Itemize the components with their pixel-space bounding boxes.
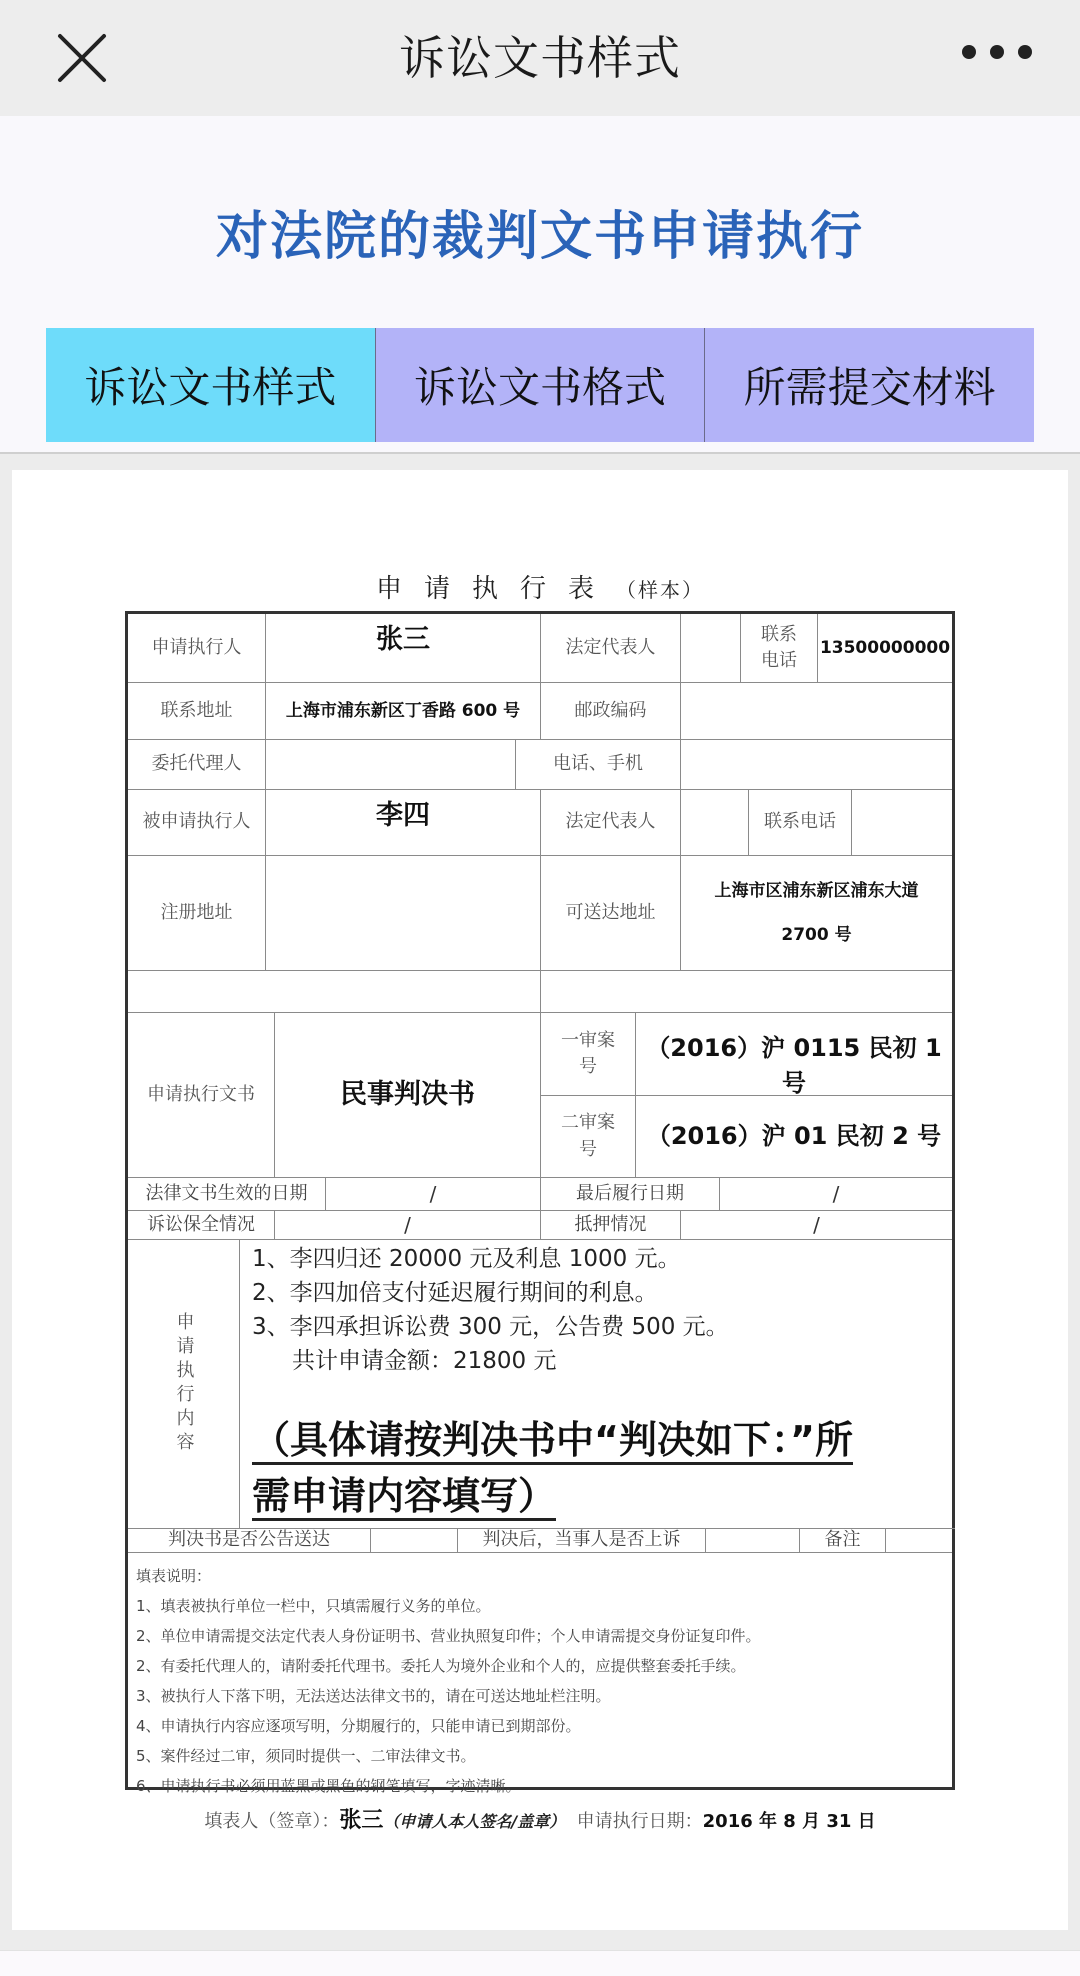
instruction-item: 3、被执行人下落下明，无法送达法律文书的，请在可送达地址栏注明。 — [136, 1681, 944, 1711]
contact-phone-label: 联系 电话 — [741, 614, 818, 683]
exec-document-label: 申请执行文书 — [128, 1013, 275, 1178]
bottom-bar — [0, 1950, 1080, 1976]
respondent-value: 李四 — [266, 790, 541, 856]
appeal-value — [706, 1529, 800, 1553]
contact-address-label: 联系地址 — [128, 683, 266, 740]
nav-title: 诉讼文书样式 — [0, 22, 1080, 88]
legal-rep-value — [681, 614, 741, 683]
tab-litigation-format[interactable]: 诉讼文书格式 — [375, 328, 705, 442]
more-dots-icon — [990, 45, 1004, 59]
respondent-label: 被申请执行人 — [128, 790, 266, 856]
service-address-line1: 上海市区浦东新区浦东大道 — [715, 869, 919, 913]
instruction-item: 5、案件经过二审，须同时提供一、二审法律文书。 — [136, 1741, 944, 1771]
form-title: 申请执行表（样本） — [0, 568, 1080, 605]
last-performance-date-value: / — [720, 1178, 952, 1211]
exec-content-body: 1、李四归还 20000 元及利息 1000 元。 2、李四加倍支付延迟履行期间… — [240, 1240, 955, 1529]
tab-litigation-sample[interactable]: 诉讼文书样式 — [46, 328, 375, 442]
more-button[interactable] — [962, 40, 1032, 64]
contact-phone-label-line2: 电话 — [761, 648, 797, 674]
content-instruction-line2: 需申请内容填写） — [252, 1474, 556, 1521]
effective-date-label: 法律文书生效的日期 — [128, 1178, 326, 1211]
second-instance-case-label: 二审案 号 — [541, 1096, 636, 1178]
agent-phone-value — [681, 740, 952, 790]
agent-label: 委托代理人 — [128, 740, 266, 790]
content-line: 2、李四加倍支付延迟履行期间的利息。 — [252, 1276, 955, 1310]
applicant-label: 申请执行人 — [128, 614, 266, 683]
contact-phone-value: 13500000000 — [818, 614, 952, 683]
content-line: 1、李四归还 20000 元及利息 1000 元。 — [252, 1242, 955, 1276]
public-notice-value — [371, 1529, 458, 1553]
appeal-label: 判决后，当事人是否上诉 — [458, 1529, 706, 1553]
second-case-label-line2: 号 — [579, 1137, 597, 1163]
signature-label: 填表人（签章）： — [204, 1811, 339, 1832]
contact-address-value: 上海市浦东新区丁香路 600 号 — [266, 683, 541, 740]
form-instructions: 填表说明： 1、填表被执行单位一栏中，只填需履行义务的单位。 2、单位申请需提交… — [128, 1555, 952, 1807]
postal-code-label: 邮政编码 — [541, 683, 681, 740]
respondent-phone-value — [852, 790, 952, 856]
second-instance-case-value: （2016）沪 01 民初 2 号 — [636, 1096, 952, 1178]
instruction-item: 2、有委托代理人的，请附委托代理书。委托人为境外企业和个人的，应提供整套委托手续… — [136, 1651, 944, 1681]
form-title-suffix: （样本） — [616, 578, 704, 602]
exec-content-label: 申请执行内容 — [128, 1240, 240, 1529]
first-case-label-line1: 一审案 — [561, 1028, 615, 1054]
signature-name: 张三 — [339, 1808, 383, 1833]
effective-date-value: / — [326, 1178, 541, 1211]
divider — [0, 452, 1080, 454]
remarks-value — [886, 1529, 952, 1553]
more-dots-icon — [1018, 45, 1032, 59]
registered-address-label: 注册地址 — [128, 856, 266, 971]
instruction-item: 1、填表被执行单位一栏中，只填需履行义务的单位。 — [136, 1591, 944, 1621]
execution-application-form: 申请执行人 张三 法定代表人 联系 电话 13500000000 联系地址 上海… — [125, 611, 955, 1790]
content-line: 3、李四承担诉讼费 300 元，公告费 500 元。 — [252, 1310, 955, 1344]
more-dots-icon — [962, 45, 976, 59]
preservation-value: / — [275, 1211, 541, 1240]
postal-code-value — [681, 683, 952, 740]
blank-cell — [541, 971, 952, 1013]
service-address-line2: 2700 号 — [781, 913, 851, 957]
page-heading: 对法院的裁判文书申请执行 — [0, 194, 1080, 269]
second-case-label-line1: 二审案 — [561, 1110, 615, 1136]
agent-value — [266, 740, 516, 790]
tab-required-materials[interactable]: 所需提交材料 — [704, 328, 1034, 442]
respondent-phone-label: 联系电话 — [749, 790, 852, 856]
tab-bar: 诉讼文书样式 诉讼文书格式 所需提交材料 — [46, 328, 1034, 442]
content-instruction: （具体请按判决书中“判决如下：”所 需申请内容填写） — [252, 1412, 955, 1524]
service-address-label: 可送达地址 — [541, 856, 681, 971]
instruction-item: 6、申请执行书必须用蓝黑或黑色的钢笔填写，字迹清晰。 — [136, 1771, 944, 1801]
signature-note: （申请人本人签名/盖章） — [383, 1812, 565, 1831]
public-notice-label: 判决书是否公告送达 — [128, 1529, 371, 1553]
blank-cell — [128, 971, 541, 1013]
exec-content-label-text: 申请执行内容 — [171, 1312, 197, 1456]
mortgage-label: 抵押情况 — [541, 1211, 681, 1240]
application-date-value: 2016 年 8 月 31 日 — [703, 1811, 876, 1832]
respondent-legal-rep-label: 法定代表人 — [541, 790, 681, 856]
service-address-value: 上海市区浦东新区浦东大道 2700 号 — [681, 856, 952, 971]
legal-rep-label: 法定代表人 — [541, 614, 681, 683]
mortgage-value: / — [681, 1211, 952, 1240]
registered-address-value — [266, 856, 541, 971]
last-performance-date-label: 最后履行日期 — [541, 1178, 720, 1211]
page-header: 对法院的裁判文书申请执行 诉讼文书样式 诉讼文书格式 所需提交材料 — [0, 116, 1080, 454]
first-case-label-line2: 号 — [579, 1054, 597, 1080]
first-instance-case-value: （2016）沪 0115 民初 1 号 — [636, 1013, 952, 1096]
signature-line: 填表人（签章）：张三（申请人本人签名/盖章） 申请执行日期：2016 年 8 月… — [0, 1803, 1080, 1834]
applicant-value: 张三 — [266, 614, 541, 683]
content-total: 共计申请金额：21800 元 — [252, 1344, 955, 1378]
exec-document-value: 民事判决书 — [275, 1013, 541, 1178]
respondent-legal-rep-value — [681, 790, 749, 856]
form-title-main: 申请执行表 — [376, 574, 616, 604]
remarks-label: 备注 — [800, 1529, 886, 1553]
preservation-label: 诉讼保全情况 — [128, 1211, 275, 1240]
first-instance-case-label: 一审案 号 — [541, 1013, 636, 1096]
application-date-label: 申请执行日期： — [577, 1811, 703, 1832]
instruction-item: 4、申请执行内容应逐项写明，分期履行的，只能申请已到期部份。 — [136, 1711, 944, 1741]
top-navbar: 诉讼文书样式 — [0, 0, 1080, 116]
agent-phone-label: 电话、手机 — [516, 740, 681, 790]
contact-phone-label-line1: 联系 — [761, 622, 797, 648]
instructions-title: 填表说明： — [136, 1561, 944, 1591]
content-instruction-line1: （具体请按判决书中“判决如下：”所 — [252, 1418, 853, 1465]
instruction-item: 2、单位申请需提交法定代表人身份证明书、营业执照复印件；个人申请需提交身份证复印… — [136, 1621, 944, 1651]
